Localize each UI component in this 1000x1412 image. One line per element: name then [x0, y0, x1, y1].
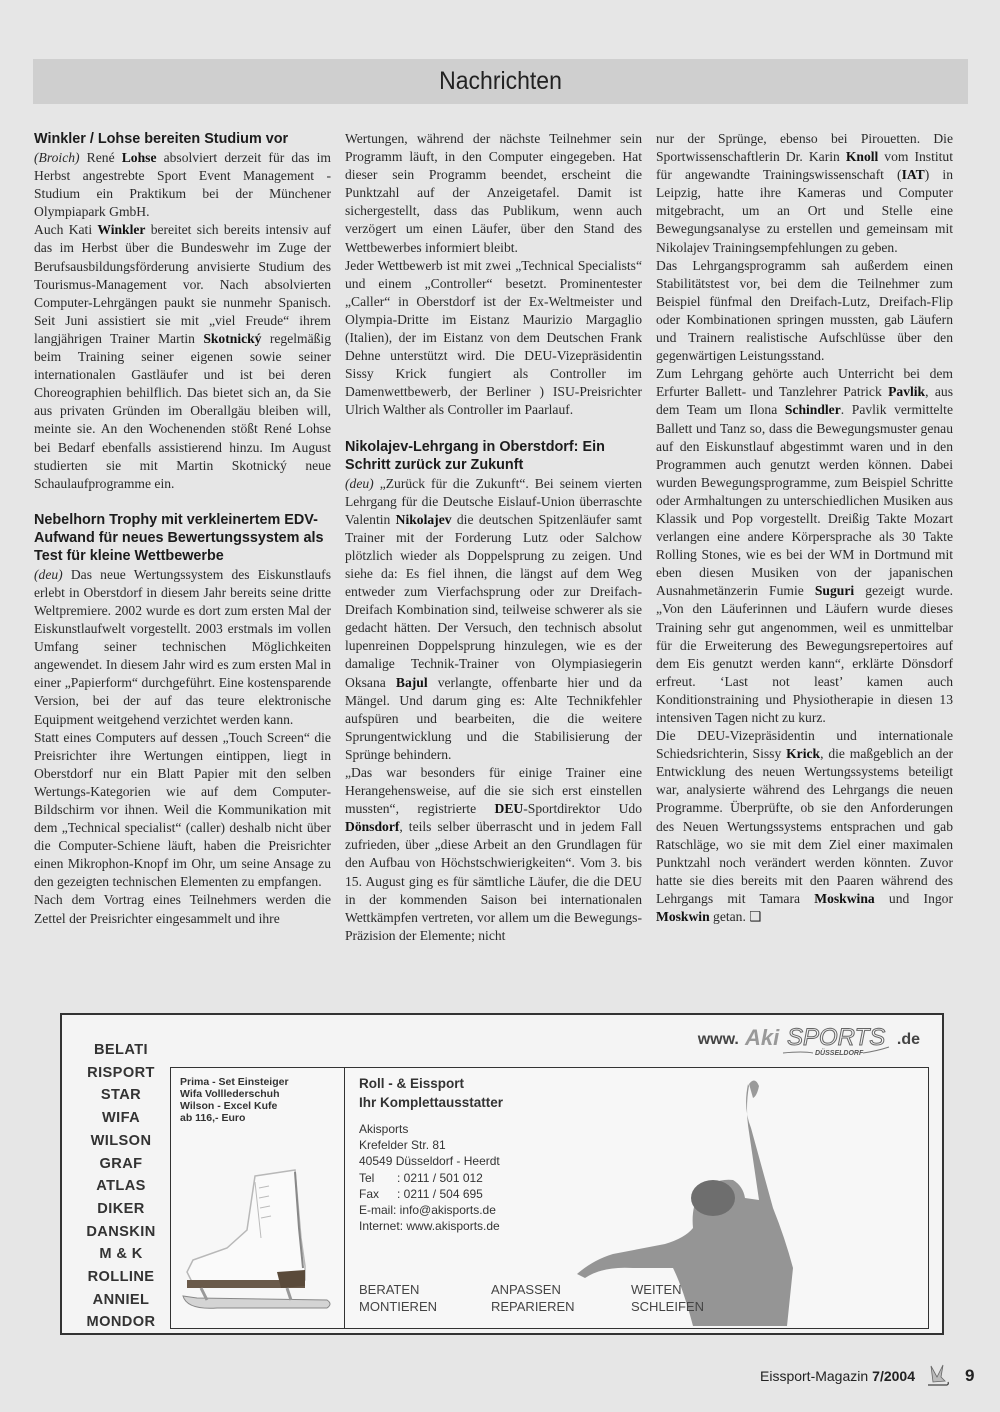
fax-line: Fax: 0211 / 504 695 [359, 1186, 500, 1202]
brand-item: GRAF [66, 1153, 176, 1176]
article-paragraph: Jeder Wettbewerb ist mit zwei „Technical… [345, 257, 642, 420]
text-run: René [80, 150, 122, 165]
brand-item: WIFA [66, 1107, 176, 1130]
bold-name: Moskwin [656, 909, 710, 924]
phone-label: Tel [359, 1170, 397, 1186]
svg-text:DÜSSELDORF: DÜSSELDORF [815, 1048, 864, 1057]
services-group-3: WEITEN SCHLEIFEN [631, 1282, 704, 1315]
svg-text:SPORTS: SPORTS [787, 1024, 885, 1051]
article-paragraph: (Broich) René Lohse absolviert derzeit f… [34, 149, 331, 221]
article-column-3: nur der Sprünge, ebenso bei Pirouetten. … [656, 130, 953, 926]
offer-price: ab 116,- Euro [180, 1112, 289, 1124]
text-run: regelmäßig beim Training seiner eigenen … [34, 331, 331, 491]
section-title: Nachrichten [70, 67, 930, 96]
fax-label: Fax [359, 1186, 397, 1202]
fax-number: : 0211 / 504 695 [397, 1187, 483, 1201]
article-headline: Nikolajev-Lehrgang in Oberstdorf: Ein Sc… [345, 438, 642, 474]
offer-line: Prima - Set Einsteiger [180, 1076, 289, 1088]
text-run: gezeigt wurde. „Von den Läuferinnen und … [656, 583, 953, 725]
text-run: die deutschen Spitzenläufer samt Trainer… [345, 512, 642, 690]
bold-name: Bajul [396, 675, 428, 690]
article-paragraph: Statt eines Computers auf dessen „Touch … [34, 729, 331, 892]
brand-list: BELATI RISPORT STAR WIFA WILSON GRAF ATL… [66, 1039, 176, 1334]
ice-skate-icon [177, 1168, 339, 1318]
author-tag: (Broich) [34, 150, 80, 165]
contact-details: Akisports Krefelder Str. 81 40549 Düssel… [359, 1121, 500, 1234]
bold-name: Winkler [97, 222, 145, 237]
brand-item: STAR [66, 1084, 176, 1107]
skater-logo-icon [925, 1363, 951, 1389]
brand-item: BELATI [66, 1039, 176, 1062]
website-address[interactable]: Internet: www.akisports.de [359, 1218, 500, 1234]
offer-line: Wilson - Excel Kufe [180, 1100, 289, 1112]
article-paragraph: Die DEU-Vizepräsidentin und internationa… [656, 727, 953, 926]
service-item: ANPASSEN [491, 1282, 575, 1299]
brand-item: ROLLINE [66, 1266, 176, 1289]
akisports-logo[interactable]: www. Aki SPORTS DÜSSELDORF .de [698, 1023, 920, 1057]
akisports-wordmark-icon: Aki SPORTS DÜSSELDORF [743, 1023, 893, 1057]
email-address[interactable]: E-mail: info@akisports.de [359, 1202, 500, 1218]
bold-name: Nikolajev [396, 512, 452, 527]
text-run: Nach dem Vortrag eines Teilnehmers werde… [34, 892, 331, 925]
issue-number: 7/2004 [872, 1368, 915, 1384]
company-name: Akisports [359, 1121, 500, 1137]
page-number: 9 [965, 1366, 974, 1386]
text-run: Statt eines Computers auf dessen „Touch … [34, 730, 331, 890]
brand-item: RISPORT [66, 1062, 176, 1085]
magazine-name: Eissport-Magazin [760, 1368, 868, 1384]
ad-headline: Roll - & Eissport Ihr Komplettausstatter [359, 1074, 503, 1112]
phone-line: Tel: 0211 / 501 012 [359, 1170, 500, 1186]
ad-title-line-1: Roll - & Eissport [359, 1074, 503, 1093]
street-address: Krefelder Str. 81 [359, 1137, 500, 1153]
service-item: BERATEN [359, 1282, 437, 1299]
text-run: Auch Kati [34, 222, 97, 237]
article-column-2: Wertungen, während der nächste Teilnehme… [345, 130, 642, 945]
article-paragraph: Auch Kati Winkler bereitet sich bereits … [34, 221, 331, 492]
article-column-1: Winkler / Lohse bereiten Studium vor(Bro… [34, 130, 331, 928]
bold-name: Knoll [846, 149, 878, 164]
article-headline: Nebelhorn Trophy mit verkleinertem EDV-A… [34, 511, 331, 565]
article-paragraph: Das Lehrgangsprogramm sah außerdem einen… [656, 257, 953, 366]
article-paragraph: Zum Lehrgang gehörte auch Unterricht bei… [656, 365, 953, 727]
offer-line: Wifa Volllederschuh [180, 1088, 289, 1100]
figure-skater-photo [573, 1068, 923, 1326]
bold-name: Suguri [815, 583, 854, 598]
bold-name: Schindler [785, 402, 841, 417]
article-paragraph: „Das war besonders für einige Trainer ei… [345, 764, 642, 945]
text-run: Das neue Wertungssystem des Eiskunstlauf… [34, 567, 331, 727]
article-paragraph: Wertungen, während der nächste Teilnehme… [345, 130, 642, 257]
author-tag: (deu) [34, 567, 63, 582]
text-run: und Ingor [875, 891, 953, 906]
section-header-bar: Nachrichten [33, 59, 968, 104]
text-run: . Pavlik vermittelte Ballett und Tanz so… [656, 402, 953, 598]
service-item: WEITEN [631, 1282, 704, 1299]
article-paragraph: Nach dem Vortrag eines Teilnehmers werde… [34, 891, 331, 927]
bold-name: DEU [495, 801, 524, 816]
bold-name: IAT [902, 167, 925, 182]
text-run: bereitet sich bereits intensiv auf das i… [34, 222, 331, 346]
article-paragraph: (deu) Das neue Wertungssystem des Eiskun… [34, 566, 331, 729]
logo-www: www. [698, 1031, 739, 1049]
text-run: , teils selber überrascht und in jedem F… [345, 819, 642, 943]
brand-item: DIKER [66, 1198, 176, 1221]
bold-name: Skotnický [203, 331, 261, 346]
city-address: 40549 Düsseldorf - Heerdt [359, 1153, 500, 1169]
text-run: Wertungen, während der nächste Teilnehme… [345, 131, 642, 255]
article-headline: Winkler / Lohse bereiten Studium vor [34, 130, 331, 148]
service-item: MONTIEREN [359, 1299, 437, 1316]
akisports-advertisement: BELATI RISPORT STAR WIFA WILSON GRAF ATL… [60, 1013, 944, 1335]
brand-item: MONDOR [66, 1311, 176, 1334]
article-paragraph: (deu) „Zurück für die Zukunft“. Bei sein… [345, 475, 642, 765]
text-run: -Sportdirektor Udo [523, 801, 642, 816]
article-paragraph: nur der Sprünge, ebenso bei Pirouetten. … [656, 130, 953, 257]
brand-item: WILSON [66, 1130, 176, 1153]
services-group-2: ANPASSEN REPARIEREN [491, 1282, 575, 1315]
author-tag: (deu) [345, 476, 374, 491]
bold-name: Dönsdorf [345, 819, 399, 834]
logo-de: .de [897, 1031, 920, 1049]
text-run: Jeder Wettbewerb ist mit zwei „Technical… [345, 258, 642, 418]
text-run: , die maßgeblich an der Entwicklung des … [656, 746, 953, 906]
offer-text: Prima - Set Einsteiger Wifa Vollledersch… [180, 1076, 289, 1124]
contact-box: Roll - & Eissport Ihr Komplettausstatter… [344, 1067, 929, 1329]
service-item: SCHLEIFEN [631, 1299, 704, 1316]
bold-name: Moskwina [814, 891, 874, 906]
services-group-1: BERATEN MONTIEREN [359, 1282, 437, 1315]
bold-name: Lohse [122, 150, 157, 165]
brand-item: ATLAS [66, 1175, 176, 1198]
text-run: Das Lehrgangsprogramm sah außerdem einen… [656, 258, 953, 363]
ad-title-line-2: Ihr Komplettausstatter [359, 1093, 503, 1112]
phone-number: : 0211 / 501 012 [397, 1171, 483, 1185]
brand-item: DANSKIN [66, 1221, 176, 1244]
brand-item: M & K [66, 1243, 176, 1266]
skate-offer-box: Prima - Set Einsteiger Wifa Vollledersch… [170, 1067, 347, 1329]
page-footer: Eissport-Magazin 7/2004 9 [760, 1362, 974, 1390]
brand-item: ANNIEL [66, 1289, 176, 1312]
column-spacer [345, 420, 642, 438]
bold-name: Pavlik [888, 384, 925, 399]
column-spacer [34, 493, 331, 511]
service-item: REPARIEREN [491, 1299, 575, 1316]
bold-name: Krick [786, 746, 820, 761]
svg-text:Aki: Aki [744, 1025, 780, 1050]
text-run: getan. ❑ [710, 909, 762, 924]
